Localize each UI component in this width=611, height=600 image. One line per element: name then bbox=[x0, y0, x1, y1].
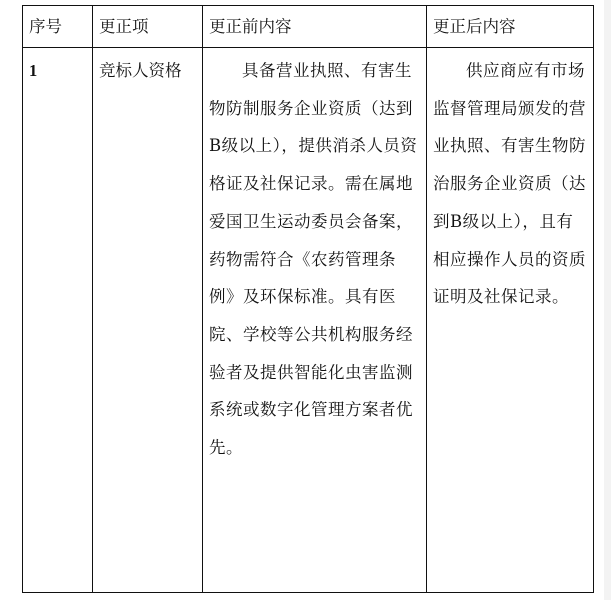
header-index: 序号 bbox=[23, 6, 93, 48]
after-content: 供应商应有市场监督管理局颁发的营业执照、有害生物防治服务企业资质（达到B级以上）… bbox=[433, 52, 587, 316]
before-content: 具备营业执照、有害生物防制服务企业资质（达到B级以上），提供消杀人员资格证及社保… bbox=[209, 52, 420, 467]
header-item: 更正项 bbox=[93, 6, 203, 48]
table-header-row: 序号 更正项 更正前内容 更正后内容 bbox=[23, 6, 594, 48]
table-row: 1 竞标人资格 具备营业执照、有害生物防制服务企业资质（达到B级以上），提供消杀… bbox=[23, 48, 594, 593]
row-index: 1 bbox=[29, 61, 37, 80]
page-margin bbox=[604, 0, 611, 600]
cell-before: 具备营业执照、有害生物防制服务企业资质（达到B级以上），提供消杀人员资格证及社保… bbox=[203, 48, 427, 593]
header-before: 更正前内容 bbox=[203, 6, 427, 48]
row-item: 竞标人资格 bbox=[99, 61, 182, 80]
correction-table: 序号 更正项 更正前内容 更正后内容 1 竞标人资格 具备营业执照、有害生物防制… bbox=[22, 5, 594, 593]
cell-item: 竞标人资格 bbox=[93, 48, 203, 593]
cell-index: 1 bbox=[23, 48, 93, 593]
header-after: 更正后内容 bbox=[427, 6, 594, 48]
cell-after: 供应商应有市场监督管理局颁发的营业执照、有害生物防治服务企业资质（达到B级以上）… bbox=[427, 48, 594, 593]
